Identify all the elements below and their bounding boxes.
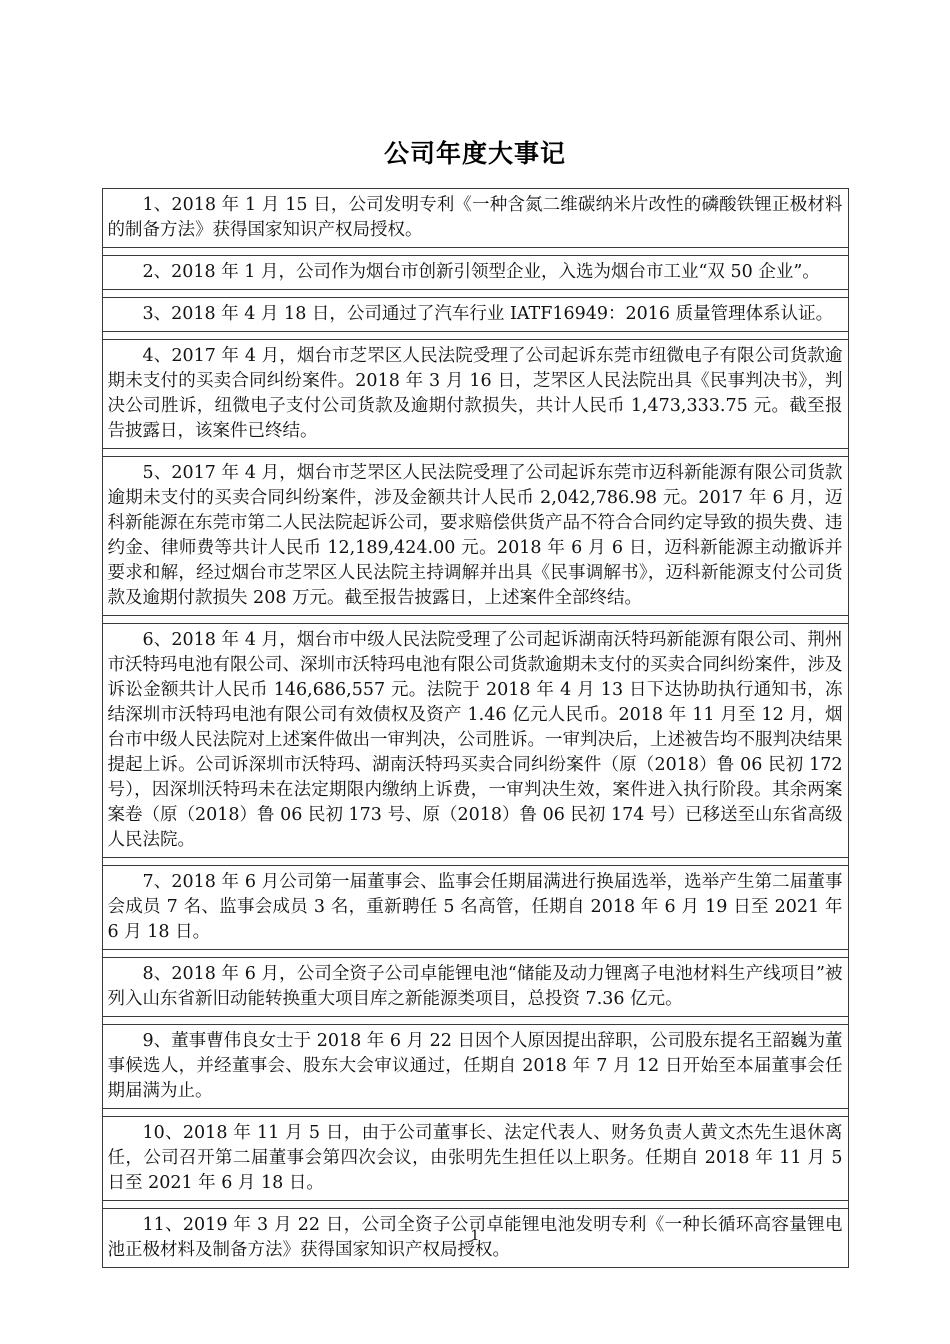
event-text-9: 9、董事曹伟良女士于 2018 年 6 月 22 日因个人原因提出辞职，公司股东… <box>108 1029 843 1104</box>
event-row-3: 3、2018 年 4 月 18 日，公司通过了汽车行业 IATF16949：20… <box>103 297 848 332</box>
event-text-4: 4、2017 年 4 月，烟台市芝罘区人民法院受理了公司起诉东莞市纽微电子有限公… <box>108 344 843 444</box>
event-row-8: 8、2018 年 6 月，公司全资子公司卓能锂电池“储能及动力锂离子电池材料生产… <box>103 957 848 1017</box>
page-title: 公司年度大事记 <box>0 0 950 170</box>
event-text-1: 1、2018 年 1 月 15 日，公司发明专利《一种含氮二维碳纳米片改性的磷酸… <box>108 193 843 243</box>
event-row-4: 4、2017 年 4 月，烟台市芝罘区人民法院受理了公司起诉东莞市纽微电子有限公… <box>103 339 848 449</box>
event-text-5: 5、2017 年 4 月，烟台市芝罘区人民法院受理了公司起诉东莞市迈科新能源有限… <box>108 461 843 611</box>
event-text-8: 8、2018 年 6 月，公司全资子公司卓能锂电池“储能及动力锂离子电池材料生产… <box>108 962 843 1012</box>
annual-events-table: 1、2018 年 1 月 15 日，公司发明专利《一种含氮二维碳纳米片改性的磷酸… <box>102 188 849 1268</box>
event-row-9: 9、董事曹伟良女士于 2018 年 6 月 22 日因个人原因提出辞职，公司股东… <box>103 1024 848 1109</box>
event-text-6: 6、2018 年 4 月，烟台市中级人民法院受理了公司起诉湖南沃特玛新能源有限公… <box>108 628 843 853</box>
event-row-5: 5、2017 年 4 月，烟台市芝罘区人民法院受理了公司起诉东莞市迈科新能源有限… <box>103 456 848 616</box>
event-text-7: 7、2018 年 6 月公司第一届董事会、监事会任期届满进行换届选举，选举产生第… <box>108 870 843 945</box>
event-row-10: 10、2018 年 11 月 5 日，由于公司董事长、法定代表人、财务负责人黄文… <box>103 1116 848 1201</box>
event-text-2: 2、2018 年 1 月，公司作为烟台市创新引领型企业，入选为烟台市工业“双 5… <box>108 260 843 285</box>
event-row-6: 6、2018 年 4 月，烟台市中级人民法院受理了公司起诉湖南沃特玛新能源有限公… <box>103 623 848 858</box>
event-text-10: 10、2018 年 11 月 5 日，由于公司董事长、法定代表人、财务负责人黄文… <box>108 1121 843 1196</box>
event-row-2: 2、2018 年 1 月，公司作为烟台市创新引领型企业，入选为烟台市工业“双 5… <box>103 255 848 290</box>
page-number: 1 <box>0 1228 950 1244</box>
event-row-1: 1、2018 年 1 月 15 日，公司发明专利《一种含氮二维碳纳米片改性的磷酸… <box>103 188 848 248</box>
document-page: 公司年度大事记 1、2018 年 1 月 15 日，公司发明专利《一种含氮二维碳… <box>0 0 950 1344</box>
event-text-3: 3、2018 年 4 月 18 日，公司通过了汽车行业 IATF16949：20… <box>108 302 843 327</box>
event-row-7: 7、2018 年 6 月公司第一届董事会、监事会任期届满进行换届选举，选举产生第… <box>103 865 848 950</box>
